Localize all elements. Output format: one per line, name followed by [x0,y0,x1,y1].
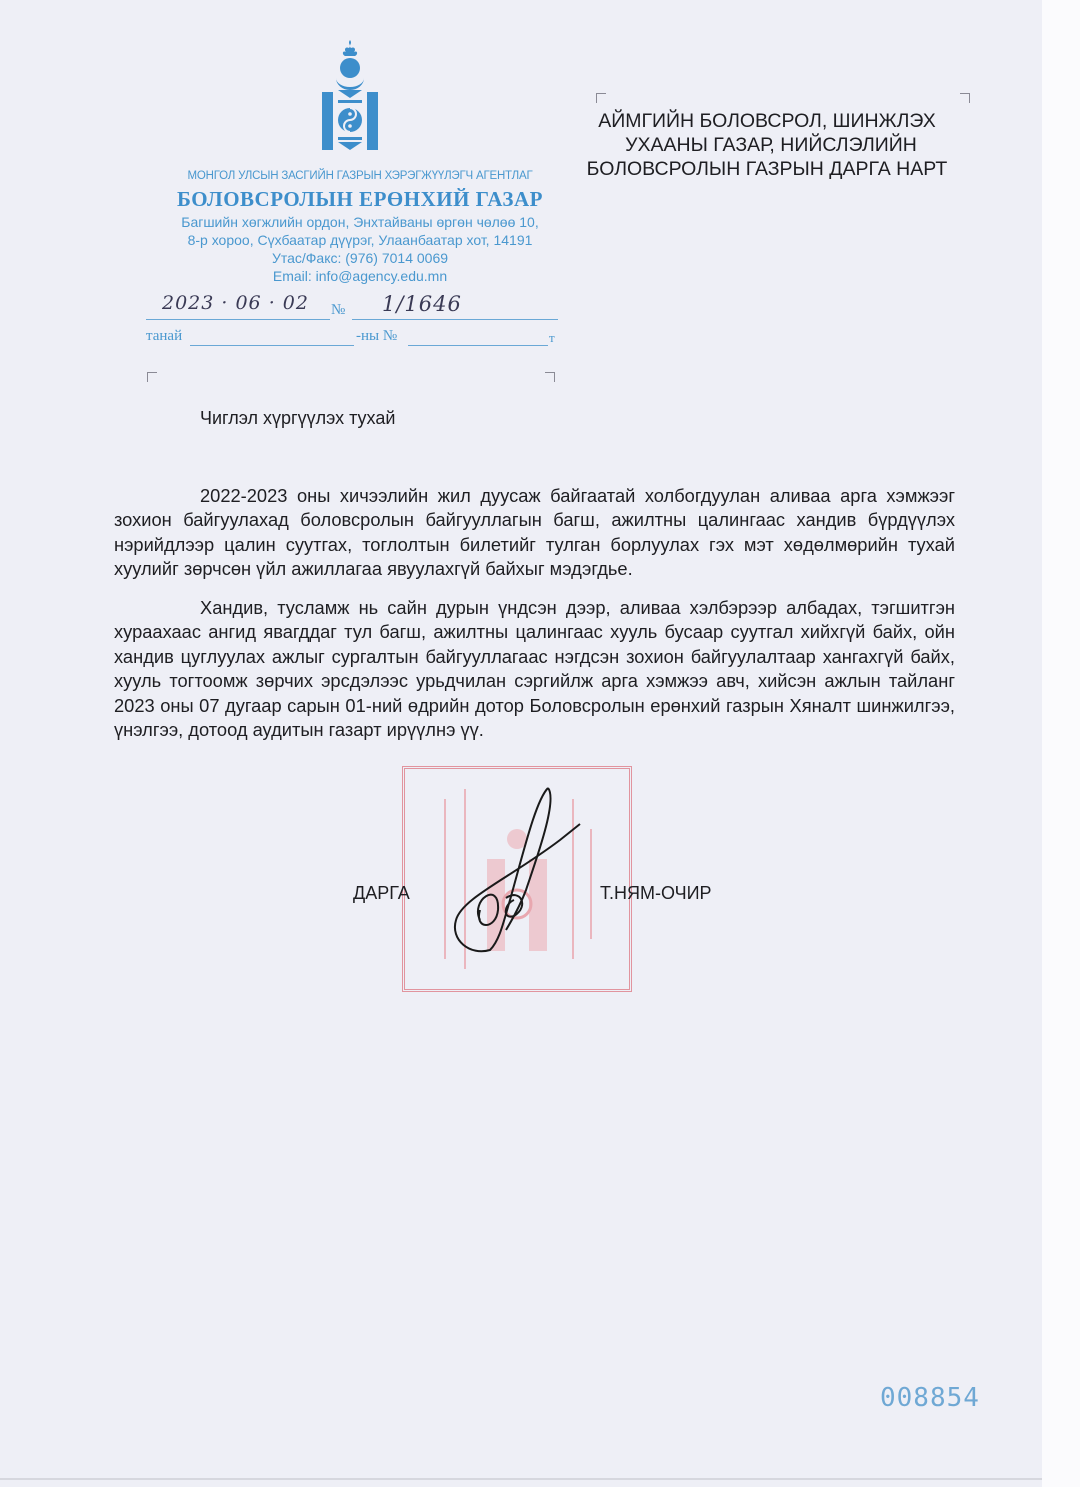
your-number-label: -ны № [356,328,397,345]
your-label: танай [146,328,182,345]
signatory-role: ДАРГА [353,883,410,904]
your-ref-underline [190,345,354,346]
signature-scribble [440,780,590,960]
agency-subtitle: МОНГОЛ УЛСЫН ЗАСГИЙН ГАЗРЫН ХЭРЭГЖҮҮЛЭГЧ… [140,170,580,182]
address-line: 8-р хороо, Сүхбаатар дүүрэг, Улаанбаатар… [130,232,590,249]
soyombo-emblem-icon [318,38,382,156]
agency-title: БОЛОВСРОЛЫН ЕРӨНХИЙ ГАЗАР [140,187,580,212]
date-underline [146,319,330,320]
addressee-block: АЙМГИЙН БОЛОВСРОЛ, ШИНЖЛЭХ УХААНЫ ГАЗАР,… [572,109,962,181]
phone-line: Утас/Факс: (976) 7014 0069 [130,250,590,267]
number-label: № [331,302,345,319]
letter-subject: Чиглэл хүргүүлэх тухай [200,408,395,429]
corner-mark [596,93,606,103]
serial-number: 008854 [880,1383,980,1413]
body-paragraph: Хандив, тусламж нь сайн дурын үндсэн дээ… [114,596,955,742]
addressee-line: АЙМГИЙН БОЛОВСРОЛ, ШИНЖЛЭХ [572,109,962,133]
body-paragraph: 2022-2023 оны хичээлийн жил дуусаж байга… [114,484,955,582]
email-line: Email: info@agency.edu.mn [130,268,590,285]
page-bottom-edge [0,1478,1042,1480]
corner-mark [147,372,157,382]
handwritten-number: 1/1646 [382,292,462,316]
suffix-label: т [549,330,555,346]
address-line: Багшийн хөгжлийн ордон, Энхтайваны өргөн… [130,214,590,231]
addressee-line: БОЛОВСРОЛЫН ГАЗРЫН ДАРГА НАРТ [572,157,962,181]
corner-mark [545,372,555,382]
handwritten-date: 2023 · 06 · 02 [162,292,309,314]
addressee-line: УХААНЫ ГАЗАР, НИЙСЛЭЛИЙН [572,133,962,157]
number-underline [352,319,558,320]
signatory-name: Т.НЯМ-ОЧИР [600,883,712,904]
page-edge [1042,0,1080,1487]
corner-mark [960,93,970,103]
your-number-underline [408,345,548,346]
